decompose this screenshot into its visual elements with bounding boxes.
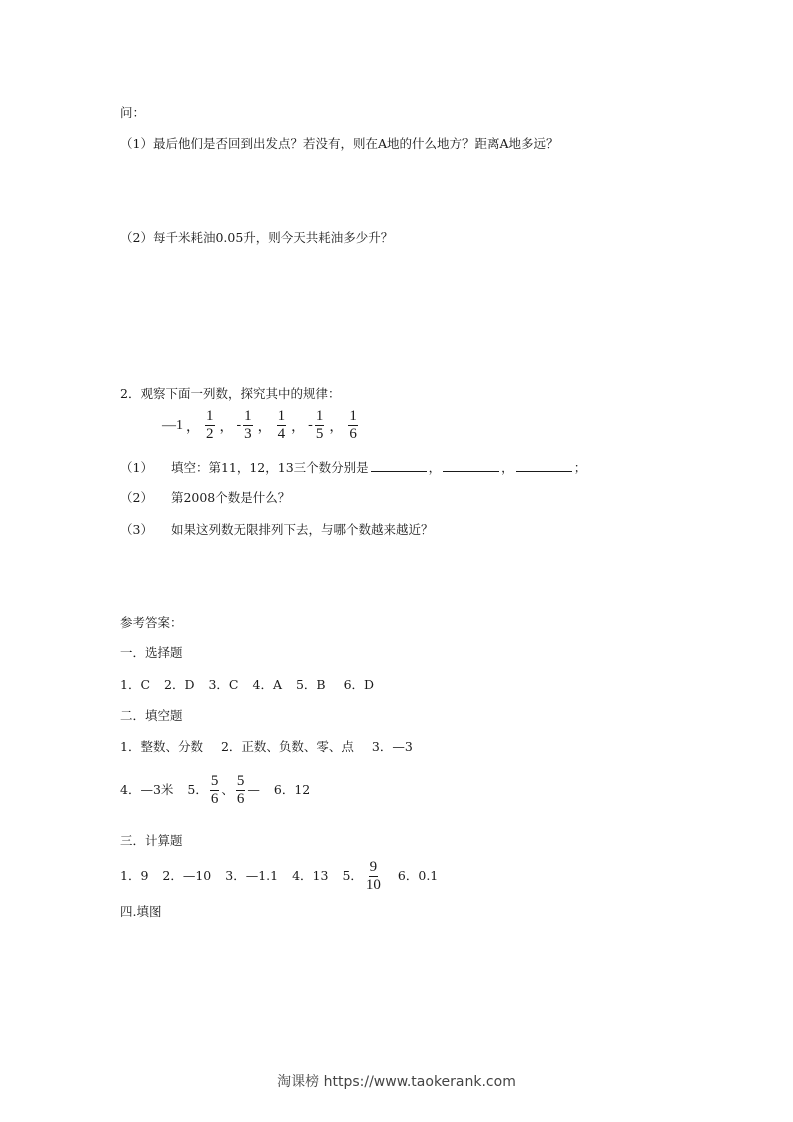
section-1-answers: 1．C 2．D 3．C 4．A 5．B 6．D xyxy=(120,677,374,693)
sequence-term-2: 12 xyxy=(203,408,217,443)
question-1-part-1: （1）最后他们是否回到出发点？若没有，则在A地的什么地方？距离A地多远？ xyxy=(120,136,559,152)
sequence-term-3: -13 xyxy=(237,408,255,443)
fraction: 14 xyxy=(277,408,287,443)
answer-blank-11[interactable] xyxy=(371,459,427,472)
fraction: 16 xyxy=(348,408,358,443)
fraction: 910 xyxy=(365,859,382,894)
question-2-sub-1: （1） 填空：第11，12，13三个数分别是，，； xyxy=(120,459,586,476)
answer-blank-13[interactable] xyxy=(516,459,572,472)
section-3-answers: 1．9 2．—10 3．—1.1 4．13 5． 910 6．0.1 xyxy=(120,857,438,895)
fraction: 56 xyxy=(236,773,246,808)
section-2-answers-row-2: 4．—3米 5． 56 、 56 — 6．12 xyxy=(120,772,310,808)
number-sequence: —1 ， 12 ， -13 ， 14 ， -15 ， 16 xyxy=(162,408,360,443)
fraction: 56 xyxy=(210,773,220,808)
question-intro: 问： xyxy=(120,105,145,121)
section-3-title: 三．计算题 xyxy=(120,833,183,849)
fraction: 15 xyxy=(315,408,325,443)
sequence-term-6: 16 xyxy=(346,408,360,443)
fraction: 12 xyxy=(205,408,215,443)
section-2-title: 二．填空题 xyxy=(120,708,183,724)
question-2-sub-3: （3） 如果这列数无限排列下去，与哪个数越来越近？ xyxy=(120,522,433,538)
section-1-title: 一．选择题 xyxy=(120,645,183,661)
sequence-term-4: 14 xyxy=(275,408,289,443)
question-2-title: 2．观察下面一列数，探究其中的规律： xyxy=(120,386,340,402)
question-2-sub-2: （2） 第2008个数是什么？ xyxy=(120,490,290,506)
sequence-first-term: —1 xyxy=(162,418,183,434)
fraction: 13 xyxy=(243,408,253,443)
sequence-term-5: -15 xyxy=(308,408,326,443)
question-1-part-2: （2）每千米耗油0.05升，则今天共耗油多少升？ xyxy=(120,230,393,246)
answer-blank-12[interactable] xyxy=(443,459,499,472)
watermark-footer: 淘课榜 https://www.taokerank.com xyxy=(0,1071,793,1091)
section-2-answers-row-1: 1．整数、分数 2．正数、负数、零、点 3．—3 xyxy=(120,739,413,755)
section-4-title: 四.填图 xyxy=(120,904,161,920)
answers-title: 参考答案： xyxy=(120,615,183,631)
